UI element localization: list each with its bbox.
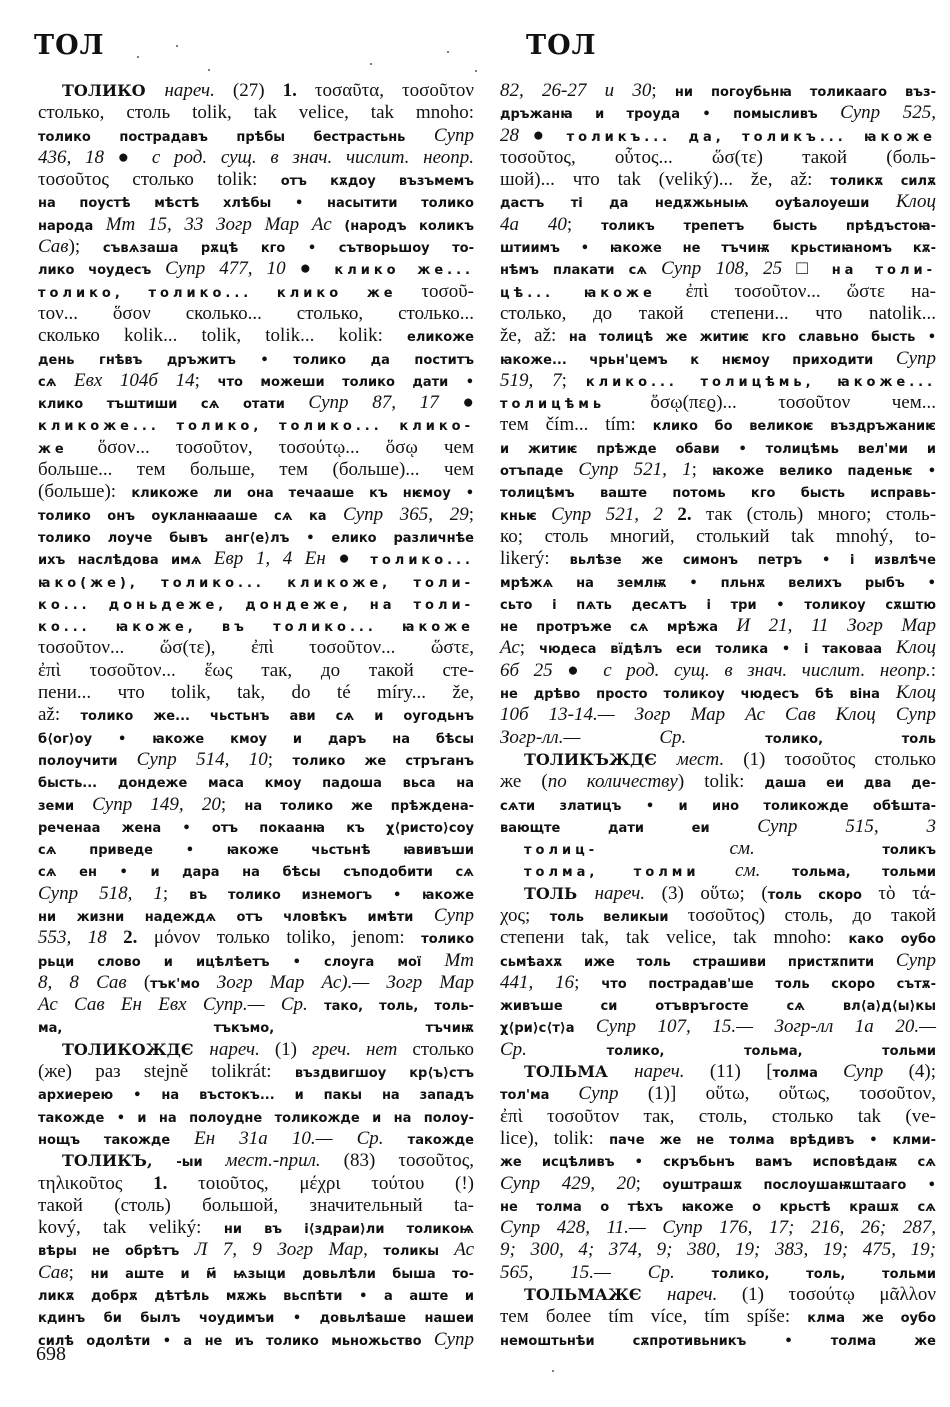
gloss-text: столько, до такой степени... что natolik… bbox=[500, 303, 936, 324]
citation-text: Супр bbox=[896, 348, 936, 369]
citation-text: Супр 514, 10 bbox=[137, 749, 268, 770]
citation-text: Клоц bbox=[896, 682, 936, 703]
citation-text: нареч. bbox=[209, 1039, 274, 1060]
citation-text: 6б 25 ● с род. сущ. в знач. числит. неоп… bbox=[500, 660, 931, 681]
gloss-text: сколько... столько, столько... bbox=[186, 303, 474, 324]
text-line: (же) раз stejně tolikrát: въздвигшоу кр⟨… bbox=[38, 1061, 474, 1083]
gloss-text: : bbox=[931, 660, 936, 681]
text-line: толико онъ оукланꙗааше сѧ ка Супр 365, 2… bbox=[38, 504, 474, 526]
gloss-text: , bbox=[363, 1239, 383, 1260]
text-line: 519, 7; клико... толицѣмь, ꙗкоже... bbox=[500, 370, 936, 392]
text-line: τοσοῦτον... ὥσ(τε), ἐπὶ τοσοῦτον... ὥστε… bbox=[38, 637, 474, 659]
citation-text: 4а 40 bbox=[500, 214, 567, 235]
old-church-slavonic-text: что можеши толико дати • bbox=[218, 375, 474, 390]
text-line: Супр 428, 11.— Супр 176, 17; 216, 26; 28… bbox=[500, 1217, 936, 1239]
citation-text: мест.-прил. bbox=[225, 1150, 343, 1171]
text-line: пени... что tolik, tak, do té míry... že… bbox=[38, 682, 474, 704]
citation-text: Супр bbox=[896, 950, 936, 971]
text-line: Сав); съвѧзаша рѫцѣ кго • сътворьшоу то- bbox=[38, 236, 474, 258]
text-line: нѣмъ плакати сѧ Супр 108, 25 □ на толи- bbox=[500, 258, 936, 280]
citation-text: И 21, 11 Зогр Мар bbox=[736, 615, 936, 636]
citation-text: Супр bbox=[434, 905, 474, 926]
old-church-slavonic-text: толма, толми bbox=[524, 865, 735, 880]
old-church-slavonic-text: клико бо великоѥ въздръжаниѥ bbox=[653, 419, 936, 434]
text-line: и житиѥ прѣжде обави • толицѣмь вел'ми и bbox=[500, 437, 936, 459]
old-church-slavonic-text: реченаа жена • отъ покаанꙗ къ χ⟨ристо⟩со… bbox=[38, 821, 474, 836]
text-line: сьмѣахѫ иже толь страшиви пристѫпити Суп… bbox=[500, 950, 936, 972]
text-line: клико тъштиши сѧ отати Супр 87, 17 ● bbox=[38, 392, 474, 414]
gloss-text: ; bbox=[69, 1262, 91, 1283]
old-church-slavonic-text: ни въ і⟨здраи⟩ли толикоѩ bbox=[224, 1222, 474, 1237]
old-church-slavonic-text: тък'мо bbox=[150, 977, 217, 992]
entry-headword: ТОЛЬМАЖЄ bbox=[524, 1285, 667, 1304]
old-church-slavonic-text: бысть... дондеже маса кмоу падоша вьса н… bbox=[38, 776, 474, 791]
text-line: 441, 16; что пострадав'ше толь скоро сът… bbox=[500, 972, 936, 994]
text-line: Сав; ни аште и м҃ ѩзыци довьлѣли быша то… bbox=[38, 1262, 474, 1284]
old-church-slavonic-text: кньѥ bbox=[500, 509, 551, 524]
text-line: až: толико же... чьстьнъ ави сѧ и оугодь… bbox=[38, 704, 474, 726]
citation-text: Клоц bbox=[896, 191, 936, 212]
old-church-slavonic-text: паче же не толма врѣдивъ • клми- bbox=[609, 1133, 936, 1148]
old-church-slavonic-text: толико, толь, тольми bbox=[712, 1267, 936, 1282]
greek-text: τον... ὅσον bbox=[38, 303, 186, 324]
old-church-slavonic-text: тако, толь, толь- bbox=[324, 999, 474, 1014]
gloss-text: степени tak, tak velice, tak mnoho: bbox=[500, 927, 848, 948]
old-church-slavonic-text: клико же... bbox=[334, 263, 474, 278]
gloss-text: чем... bbox=[892, 392, 936, 413]
old-church-slavonic-text: клма же оубо bbox=[807, 1311, 936, 1326]
text-line: ТОЛЬ нареч. (3) οὕτω; (толь скоро τὸ τά- bbox=[500, 883, 936, 905]
greek-text: ὅσον... τοσοῦτον, τοσούτῳ... ὅσῳ bbox=[98, 437, 444, 458]
citation-text: см. bbox=[735, 860, 792, 881]
citation-text: греч. нет bbox=[312, 1039, 412, 1060]
gloss-text: сколько kolik... tolik, tolik... kolik: bbox=[38, 325, 407, 346]
greek-text: τοσοῦτος, οὗτος... ὥσ(τε) bbox=[500, 147, 802, 168]
text-line: ТОЛЬМА нареч. (11) [толма Супр (4); bbox=[500, 1061, 936, 1083]
citation-text: нареч. bbox=[634, 1061, 710, 1082]
text-line: 4а 40; толикъ трепетъ бысть прѣдъстоꙗ- bbox=[500, 214, 936, 236]
citation-text: Супр 521, 1 bbox=[578, 459, 691, 480]
text-line: тем čím... tím: клико бо великоѥ въздръж… bbox=[500, 414, 936, 436]
text-line: живъше си отъвръгосте сѧ вл⟨а⟩д⟨ы⟩кы bbox=[500, 994, 936, 1016]
text-line: штиимъ • ꙗкоже не тъчиѭ крьстиꙗномъ кѫ- bbox=[500, 236, 936, 258]
gloss-text: likerý: bbox=[500, 548, 570, 569]
old-church-slavonic-text: и житиѥ прѣжде обави • толицѣмь вел'ми и bbox=[500, 442, 936, 457]
greek-text: ἐπὶ τοσοῦτον... ὥστε bbox=[686, 281, 911, 302]
citation-text: Ас bbox=[454, 1239, 474, 1260]
citation-text: Супр 521, 2 bbox=[551, 504, 677, 525]
old-church-slavonic-text: мрѣжѧ на землѭ • пльнѫ велихъ рыбъ • bbox=[500, 576, 936, 591]
text-line: толико пострадавъ прѣбы бестрастьнь Супр bbox=[38, 125, 474, 147]
old-church-slavonic-text: ма, тъкъмо, тъчиѭ bbox=[38, 1021, 474, 1036]
gloss-text: ) tolik: bbox=[678, 771, 765, 792]
old-church-slavonic-text: вьлѣзе же симонъ петръ • і извлѣче bbox=[570, 553, 936, 568]
entry-headword: ТОЛЬ bbox=[524, 884, 595, 903]
text-line: кдинъ би былъ чоудимъи • довьлѣаше нашеи bbox=[38, 1306, 474, 1328]
text-line: рьци слово и ицѣлѣетъ • слоуга моï Мт bbox=[38, 950, 474, 972]
old-church-slavonic-text: не толма о тѣхъ ꙗкоже о крьстѣ крашѫ сѧ bbox=[500, 1200, 936, 1215]
citation-text: Зогр Мар Ас).— Зогр Мар bbox=[217, 972, 474, 993]
old-church-slavonic-text: (народъ коликъ bbox=[344, 219, 474, 234]
gloss-text: ; bbox=[574, 972, 601, 993]
text-line: полоучити Супр 514, 10; толико же стръга… bbox=[38, 749, 474, 771]
gloss-text: же ( bbox=[500, 771, 548, 792]
text-line: кньѥ Супр 521, 2 2. так (столь) много; с… bbox=[500, 504, 936, 526]
old-church-slavonic-text: како оубо bbox=[848, 932, 936, 947]
citation-text: 28 ● bbox=[500, 125, 567, 146]
gloss-text: (3) bbox=[662, 883, 701, 904]
citation-text: по количеству bbox=[548, 771, 678, 792]
old-church-slavonic-text: штиимъ • ꙗкоже не тъчиѭ крьстиꙗномъ кѫ- bbox=[500, 241, 936, 256]
gloss-text: ; bbox=[651, 80, 675, 101]
gloss-text: ; bbox=[163, 883, 189, 904]
old-church-slavonic-text: ꙗкоже... чрьн'цемъ к нѥмоу приходити bbox=[500, 353, 896, 368]
old-church-slavonic-text: кликоже... толико, толико... клико- bbox=[38, 419, 474, 434]
gloss-text: ; bbox=[520, 637, 539, 658]
text-line: толма, толми см. тольма, тольми bbox=[500, 860, 936, 882]
citation-text: Супр 149, 20 bbox=[92, 794, 221, 815]
scan-speck bbox=[552, 1370, 554, 1372]
text-line: Зогр-лл.— Ср. толико, толь bbox=[500, 727, 936, 749]
greek-text: ἐπὶ τοσοῦτον bbox=[500, 1106, 643, 1127]
citation-text: нареч. bbox=[667, 1284, 742, 1305]
text-line: толико лоуче бывъ анг⟨е⟩лъ • елико разли… bbox=[38, 526, 474, 548]
text-line: сколько kolik... tolik, tolik... kolik: … bbox=[38, 325, 474, 347]
old-church-slavonic-text: толико же... чьстьнъ ави сѧ и оугодьнъ bbox=[80, 709, 474, 724]
scan-speck bbox=[137, 56, 139, 58]
text-line: кликоже... толико, толико... клико- bbox=[38, 414, 474, 436]
gloss-text: 2. bbox=[677, 504, 706, 525]
gloss-text: тем более tím více, tím spíše: bbox=[500, 1306, 807, 1327]
citation-text: Супр bbox=[434, 125, 474, 146]
citation-text: Супр 107, 15.— Зогр-лл 1а 20.— bbox=[596, 1016, 936, 1037]
text-line: не протръже сѧ мрѣжа И 21, 11 Зогр Мар bbox=[500, 615, 936, 637]
greek-text: οὕτω, οὕτως, τοσοῦτον, bbox=[706, 1083, 936, 1104]
old-church-slavonic-text: ни жизни надеждѧ отъ чловѣкъ имѣти bbox=[38, 910, 434, 925]
gloss-text: (83) bbox=[344, 1150, 399, 1171]
text-line: же исцѣливъ • скръбьнъ вамъ исповѣдаѭ сѧ bbox=[500, 1150, 936, 1172]
old-church-slavonic-text: на толи- bbox=[832, 263, 936, 278]
gloss-text: 1. bbox=[153, 1173, 198, 1194]
text-line: такой (столь) большой, значительный ta- bbox=[38, 1195, 474, 1217]
greek-text: τηλικοῦτος bbox=[38, 1173, 153, 1194]
citation-text: Супр 477, 10 ● bbox=[165, 258, 334, 279]
text-line: ТОЛИКЪ, -ыи мест.-прил. (83) τοσοῦτος, bbox=[38, 1150, 474, 1172]
text-line: вѣры не обрѣтъ Л 7, 9 Зогр Мар, толикы А… bbox=[38, 1239, 474, 1261]
text-line: ἐπὶ τοσοῦτον... ἕως так, до такой сте- bbox=[38, 660, 474, 682]
old-church-slavonic-text: тол'ма bbox=[500, 1088, 578, 1103]
scan-speck bbox=[447, 51, 449, 53]
text-line: вающте дати еи Супр 515, 3 bbox=[500, 816, 936, 838]
old-church-slavonic-text: дастъ ті да недѫжьныѩ оуѣалоуеши bbox=[500, 196, 896, 211]
old-church-slavonic-text: отъ кѫдоу възъмемъ bbox=[281, 174, 474, 189]
gloss-text: ); bbox=[69, 236, 103, 257]
gloss-text: ко; столь многий, столький tak mnohý, to… bbox=[500, 526, 936, 547]
old-church-slavonic-text: вѣры не обрѣтъ bbox=[38, 1244, 194, 1259]
citation-text: 553, 18 bbox=[38, 927, 123, 948]
text-line: ТОЛИКО нареч. (27) 1. τοσαῦτα, τοσοῦτον bbox=[38, 80, 474, 102]
text-line: толико, толико... клико же τοσοῦ- bbox=[38, 281, 474, 303]
citation-text: Мт bbox=[444, 950, 474, 971]
text-line: б⟨ог⟩оу • ꙗкоже кмоу и даръ на бѣсы bbox=[38, 727, 474, 749]
text-line: столько, столь tolik, tak velice, tak mn… bbox=[38, 102, 474, 124]
old-church-slavonic-text: ꙗко(же), толико... кликоже, толи- bbox=[38, 576, 474, 591]
gloss-text: чем bbox=[444, 437, 474, 458]
old-church-slavonic-text: такожде bbox=[408, 1133, 474, 1148]
gloss-text: 1. bbox=[283, 80, 315, 101]
scan-speck bbox=[475, 70, 477, 72]
text-line: толицѣмь ὅσῳ(πεϱ)... τοσοῦτον чем... bbox=[500, 392, 936, 414]
gloss-text: (же) раз stejně tolikrát: bbox=[38, 1061, 295, 1082]
gloss-text: больше... тем больше, тем (больше)... че… bbox=[38, 459, 474, 480]
citation-text: нареч. bbox=[595, 883, 662, 904]
gloss-text: až: bbox=[38, 704, 80, 725]
old-church-slavonic-text: немоштьнѣи сѫпротивьникъ • толма же bbox=[500, 1334, 936, 1349]
citation-text: 436, 18 ● с род. сущ. в знач. числит. не… bbox=[38, 147, 474, 168]
citation-text: 565, 15.— Ср. bbox=[500, 1262, 712, 1283]
text-line: бысть... дондеже маса кмоу падоша вьса н… bbox=[38, 771, 474, 793]
text-line: нощъ такожде Ен 31а 10.— Ср. такожде bbox=[38, 1128, 474, 1150]
citation-text: Супр 365, 29 bbox=[343, 504, 469, 525]
greek-text: μόνον bbox=[154, 927, 217, 948]
citation-text: Сав bbox=[38, 236, 69, 257]
text-line: больше... тем больше, тем (больше)... че… bbox=[38, 459, 474, 481]
text-line: kový, tak veliký: ни въ і⟨здраи⟩ли толик… bbox=[38, 1217, 474, 1239]
old-church-slavonic-text: б⟨ог⟩оу • ꙗкоже кмоу и даръ на бѣсы bbox=[38, 732, 474, 747]
gloss-text: ; bbox=[268, 749, 293, 770]
text-line: Супр 429, 20; оуштрашѫ послоушаѭштааго • bbox=[500, 1173, 936, 1195]
entry-headword: ТОЛИКЪ, bbox=[62, 1151, 176, 1170]
text-line: сѧ Евх 104б 14; что можеши толико дати • bbox=[38, 370, 474, 392]
citation-text: Супр bbox=[578, 1083, 647, 1104]
gloss-text: (4); bbox=[909, 1061, 936, 1082]
citation-text: нареч. bbox=[164, 80, 232, 101]
citation-text: 441, 16 bbox=[500, 972, 574, 993]
text-line: χ⟨ри⟩с⟨т⟩а Супр 107, 15.— Зогр-лл 1а 20.… bbox=[500, 1016, 936, 1038]
entry-headword: ТОЛИКО bbox=[62, 81, 164, 100]
old-church-slavonic-text: такожде • и на полоудне толикожде и на п… bbox=[38, 1111, 474, 1126]
old-church-slavonic-text: отъпаде bbox=[500, 464, 578, 479]
old-church-slavonic-text: оуштрашѫ послоушаѭштааго • bbox=[663, 1178, 937, 1193]
old-church-slavonic-text: не протръже сѧ мрѣжа bbox=[500, 620, 736, 635]
greek-text: οὕτω; bbox=[700, 883, 761, 904]
text-line: на поустѣ мѣстѣ хлѣбы • насытити толико bbox=[38, 191, 474, 213]
citation-text: мест. bbox=[677, 749, 743, 770]
old-church-slavonic-text: нѣмъ плакати сѧ bbox=[500, 263, 661, 278]
gloss-text: (1) bbox=[742, 1284, 789, 1305]
citation-text: Супр 429, 20 bbox=[500, 1173, 636, 1194]
text-line: сьто і пѧть десѧтъ і три • толикоу сѫштю bbox=[500, 593, 936, 615]
greek-text: τοσοῦτος bbox=[688, 905, 759, 926]
old-church-slavonic-text: толма bbox=[773, 1066, 844, 1081]
old-church-slavonic-text: народа bbox=[38, 219, 106, 234]
citation-text: Ен 31а 10.— Ср. bbox=[194, 1128, 408, 1149]
citation-text: Сав bbox=[38, 1262, 69, 1283]
scan-speck bbox=[176, 45, 178, 47]
gloss-text: столько tolik: bbox=[132, 169, 280, 190]
old-church-slavonic-text: на толицѣ же житиѥ кго славьно бысть • bbox=[569, 330, 936, 345]
citation-text: см. bbox=[729, 838, 882, 859]
old-church-slavonic-text: ꙗкоже велико паденьѥ • bbox=[712, 464, 936, 479]
old-church-slavonic-text: не дрѣво просто толикоу чюдесъ бѣ віна bbox=[500, 687, 896, 702]
right-column: 82, 26-27 и 30; ни погоубьнꙗ толикааго в… bbox=[500, 80, 936, 1351]
text-line: ТОЛИКЪЖДЄ мест. (1) τοσοῦτος столько bbox=[500, 749, 936, 771]
gloss-text: ; bbox=[562, 370, 586, 391]
old-church-slavonic-text: еликоже bbox=[407, 330, 474, 345]
text-line: степени tak, tak velice, tak mnoho: како… bbox=[500, 927, 936, 949]
text-line: столько, до такой степени... что natolik… bbox=[500, 303, 936, 325]
old-church-slavonic-text: толикъ... да, толикъ... ꙗкоже bbox=[567, 130, 936, 145]
old-church-slavonic-text: -ыи bbox=[176, 1155, 225, 1170]
old-church-slavonic-text: толицѣмъ ваште потомь кго бысть исправь- bbox=[500, 486, 936, 501]
gloss-text: пени... что tolik, tak, do té míry... že… bbox=[38, 682, 474, 703]
old-church-slavonic-text: кдинъ би былъ чоудимъи • довьлѣаше нашеи bbox=[38, 1311, 474, 1326]
gloss-text: ; bbox=[692, 459, 713, 480]
gloss-text: ; bbox=[195, 370, 218, 391]
text-line: Ас; чюдеса вїдѣлъ еси толика • і таковаа… bbox=[500, 637, 936, 659]
gloss-text: ; bbox=[469, 504, 474, 525]
old-church-slavonic-text: толико лоуче бывъ анг⟨е⟩лъ • елико разли… bbox=[38, 531, 474, 546]
text-line: ма, тъкъмо, тъчиѭ bbox=[38, 1016, 474, 1038]
text-line: ꙗкоже... чрьн'цемъ к нѥмоу приходити Суп… bbox=[500, 348, 936, 370]
old-church-slavonic-text: сѧ bbox=[38, 375, 74, 390]
old-church-slavonic-text: архиерею • на въстокъ... и пакы на запад… bbox=[38, 1088, 474, 1103]
citation-text: Супр 515, 3 bbox=[757, 816, 936, 837]
text-line: тол'ма Супр (1)] οὕτω, οὕτως, τοσοῦτον, bbox=[500, 1083, 936, 1105]
entry-headword: ТОЛИКОЖДЄ bbox=[62, 1040, 209, 1059]
text-line: толиц- см. толикъ bbox=[500, 838, 936, 860]
text-line: не толма о тѣхъ ꙗкоже о крьстѣ крашѫ сѧ bbox=[500, 1195, 936, 1217]
old-church-slavonic-text: толико... bbox=[370, 553, 474, 568]
citation-text: Клоц bbox=[896, 637, 936, 658]
citation-text: Супр 87, 17 ● bbox=[308, 392, 474, 413]
gloss-text: (1)] bbox=[648, 1083, 706, 1104]
old-church-slavonic-text: же исцѣливъ • скръбьнъ вамъ исповѣдаѭ сѧ bbox=[500, 1155, 936, 1170]
citation-text: 519, 7 bbox=[500, 370, 562, 391]
old-church-slavonic-text: живъше си отъвръгосте сѧ вл⟨а⟩д⟨ы⟩кы bbox=[500, 999, 936, 1014]
text-line: že, až: на толицѣ же житиѥ кго славьно б… bbox=[500, 325, 936, 347]
old-church-slavonic-text: толикъ трепетъ бысть прѣдъстоꙗ- bbox=[601, 219, 936, 234]
greek-text: τοσοῦτος bbox=[38, 169, 132, 190]
gloss-text: □ bbox=[796, 258, 831, 279]
text-line: χος; толь великыи τοσοῦτος) столь, до та… bbox=[500, 905, 936, 927]
text-line: likerý: вьлѣзе же симонъ петръ • і извлѣ… bbox=[500, 548, 936, 570]
gloss-text: тем čím... tím: bbox=[500, 414, 653, 435]
citation-text: Ср. bbox=[500, 1039, 607, 1060]
old-church-slavonic-text: же bbox=[38, 442, 98, 457]
old-church-slavonic-text: толикъ bbox=[882, 843, 936, 858]
gloss-text: (!) bbox=[455, 1173, 474, 1194]
entry-headword: ТОЛЬМА bbox=[524, 1062, 634, 1081]
text-line: дастъ ті да недѫжьныѩ оуѣалоуеши Клоц bbox=[500, 191, 936, 213]
old-church-slavonic-text: толико пострадавъ прѣбы бестрастьнь bbox=[38, 130, 434, 145]
gloss-text: так (столь) много; столь- bbox=[706, 504, 936, 525]
text-line: (больше): кликоже ли она течааше къ нѥмо… bbox=[38, 481, 474, 503]
text-line: архиерею • на въстокъ... и пакы на запад… bbox=[38, 1083, 474, 1105]
text-line: 565, 15.— Ср. толико, толь, тольми bbox=[500, 1262, 936, 1284]
text-line: сѧ приведе • ꙗкоже чьстьнѣ ꙗвивъши bbox=[38, 838, 474, 860]
old-church-slavonic-text: сьмѣахѫ иже толь страшиви пристѫпити bbox=[500, 955, 896, 970]
text-line: сѧ ен • и дара на бѣсы съподобити сѧ bbox=[38, 860, 474, 882]
old-church-slavonic-text: что пострадав'ше толь скоро сътѫ- bbox=[601, 977, 936, 992]
text-line: же (по количеству) tolik: даша еи два де… bbox=[500, 771, 936, 793]
citation-text: Супр bbox=[843, 1061, 908, 1082]
citation-text: Супр 108, 25 bbox=[661, 258, 796, 279]
gloss-text: ; bbox=[221, 794, 245, 815]
old-church-slavonic-text: толико bbox=[421, 932, 474, 947]
old-church-slavonic-text: нощъ такожде bbox=[38, 1133, 194, 1148]
old-church-slavonic-text: клико... толицѣмь, ꙗкоже... bbox=[586, 375, 936, 390]
gloss-text: ; bbox=[567, 214, 601, 235]
text-line: Ас Сав Ен Евх Супр.— Ср. тако, толь, тол… bbox=[38, 994, 474, 1016]
old-church-slavonic-text: толиц- bbox=[524, 843, 729, 858]
greek-text: ὅσῳ(πεϱ)... τοσοῦτον bbox=[650, 392, 891, 413]
text-line: lice), tolik: паче же не толма врѣдивъ •… bbox=[500, 1128, 936, 1150]
citation-text: Мт 15, 33 Зогр Мар Ас bbox=[106, 214, 345, 235]
old-church-slavonic-text: чюдеса вїдѣлъ еси толика • і таковаа bbox=[539, 642, 896, 657]
text-line: мрѣжѧ на землѭ • пльнѫ велихъ рыбъ • bbox=[500, 571, 936, 593]
old-church-slavonic-text: толицѣмь bbox=[500, 397, 650, 412]
gloss-text: столько bbox=[412, 1039, 474, 1060]
gloss-text: ; bbox=[636, 1173, 663, 1194]
text-line: силѣ одолѣти • а не иъ толико мьножьство… bbox=[38, 1329, 474, 1351]
greek-text: τοσαῦτα, τοσοῦτον bbox=[315, 80, 474, 101]
old-church-slavonic-text: день гнѣвъ дръжитъ • толико да поститъ bbox=[38, 353, 474, 368]
old-church-slavonic-text: ко... доньдеже, дондеже, на толи- bbox=[38, 598, 474, 613]
gloss-text: že, až: bbox=[500, 325, 569, 346]
old-church-slavonic-text: силѣ одолѣти • а не иъ толико мьножьство bbox=[38, 1334, 434, 1349]
greek-text: τοσοῦ- bbox=[421, 281, 474, 302]
old-church-slavonic-text: полоучити bbox=[38, 754, 137, 769]
old-church-slavonic-text: ихъ наслѣдова имѧ bbox=[38, 553, 214, 568]
text-line: Ср. толико, тольма, тольми bbox=[500, 1039, 936, 1061]
gloss-text: kový, tak veliký: bbox=[38, 1217, 224, 1238]
text-line: же ὅσον... τοσοῦτον, τοσούτῳ... ὅσῳ чем bbox=[38, 437, 474, 459]
old-church-slavonic-text: сѧ ен • и дара на бѣсы съподобити сѧ bbox=[38, 865, 474, 880]
gloss-text: lice), tolik: bbox=[500, 1128, 609, 1149]
gloss-text: (1) bbox=[275, 1039, 312, 1060]
text-line: тем более tím více, tím spíše: клма же о… bbox=[500, 1306, 936, 1328]
text-line: 6б 25 ● с род. сущ. в знач. числит. неоп… bbox=[500, 660, 936, 682]
citation-text: Супр 518, 1 bbox=[38, 883, 163, 904]
old-church-slavonic-text: толико, толико... клико же bbox=[38, 286, 421, 301]
text-line: такожде • и на полоудне толикожде и на п… bbox=[38, 1106, 474, 1128]
old-church-slavonic-text: съвѧзаша рѫцѣ кго • сътворьшоу то- bbox=[103, 241, 474, 256]
citation-text: Евр 1, 4 Ен ● bbox=[214, 548, 370, 569]
greek-text: τὸ τά- bbox=[878, 883, 936, 904]
text-line: ко... доньдеже, дондеже, на толи- bbox=[38, 593, 474, 615]
text-line: 9; 300, 4; 374, 9; 380, 19; 383, 19; 475… bbox=[500, 1239, 936, 1261]
citation-text: 8, 8 Сав bbox=[38, 972, 144, 993]
gloss-text: столько bbox=[874, 749, 936, 770]
citation-text: Зогр-лл.— Ср. bbox=[500, 727, 765, 748]
text-line: отъпаде Супр 521, 1; ꙗкоже велико падень… bbox=[500, 459, 936, 481]
citation-text: Л 7, 9 Зогр Мар bbox=[194, 1239, 363, 1260]
gloss-text: такой (столь) большой, значительный ta- bbox=[38, 1195, 474, 1216]
old-church-slavonic-text: земи bbox=[38, 799, 92, 814]
old-church-slavonic-text: вающте дати еи bbox=[500, 821, 757, 836]
gloss-text: только toliko, jenom: bbox=[217, 927, 421, 948]
left-column: ТОЛИКО нареч. (27) 1. τοσαῦτα, τοσοῦτονс… bbox=[38, 80, 474, 1351]
text-line: 10б 13-14.— Зогр Мар Ас Сав Клоц Супр bbox=[500, 704, 936, 726]
citation-text: 9; 300, 4; 374, 9; 380, 19; 383, 19; 475… bbox=[500, 1239, 936, 1260]
text-line: толицѣмъ ваште потомь кго бысть исправь- bbox=[500, 481, 936, 503]
old-church-slavonic-text: дръжанꙗ и троуда • помысливъ bbox=[500, 107, 840, 122]
old-church-slavonic-text: сьто і пѧть десѧтъ і три • толикоу сѫштю bbox=[500, 598, 936, 613]
text-line: дръжанꙗ и троуда • помысливъ Супр 525, bbox=[500, 102, 936, 124]
citation-text: 82, 26-27 и 30 bbox=[500, 80, 651, 101]
gloss-text: (1) bbox=[743, 749, 784, 770]
